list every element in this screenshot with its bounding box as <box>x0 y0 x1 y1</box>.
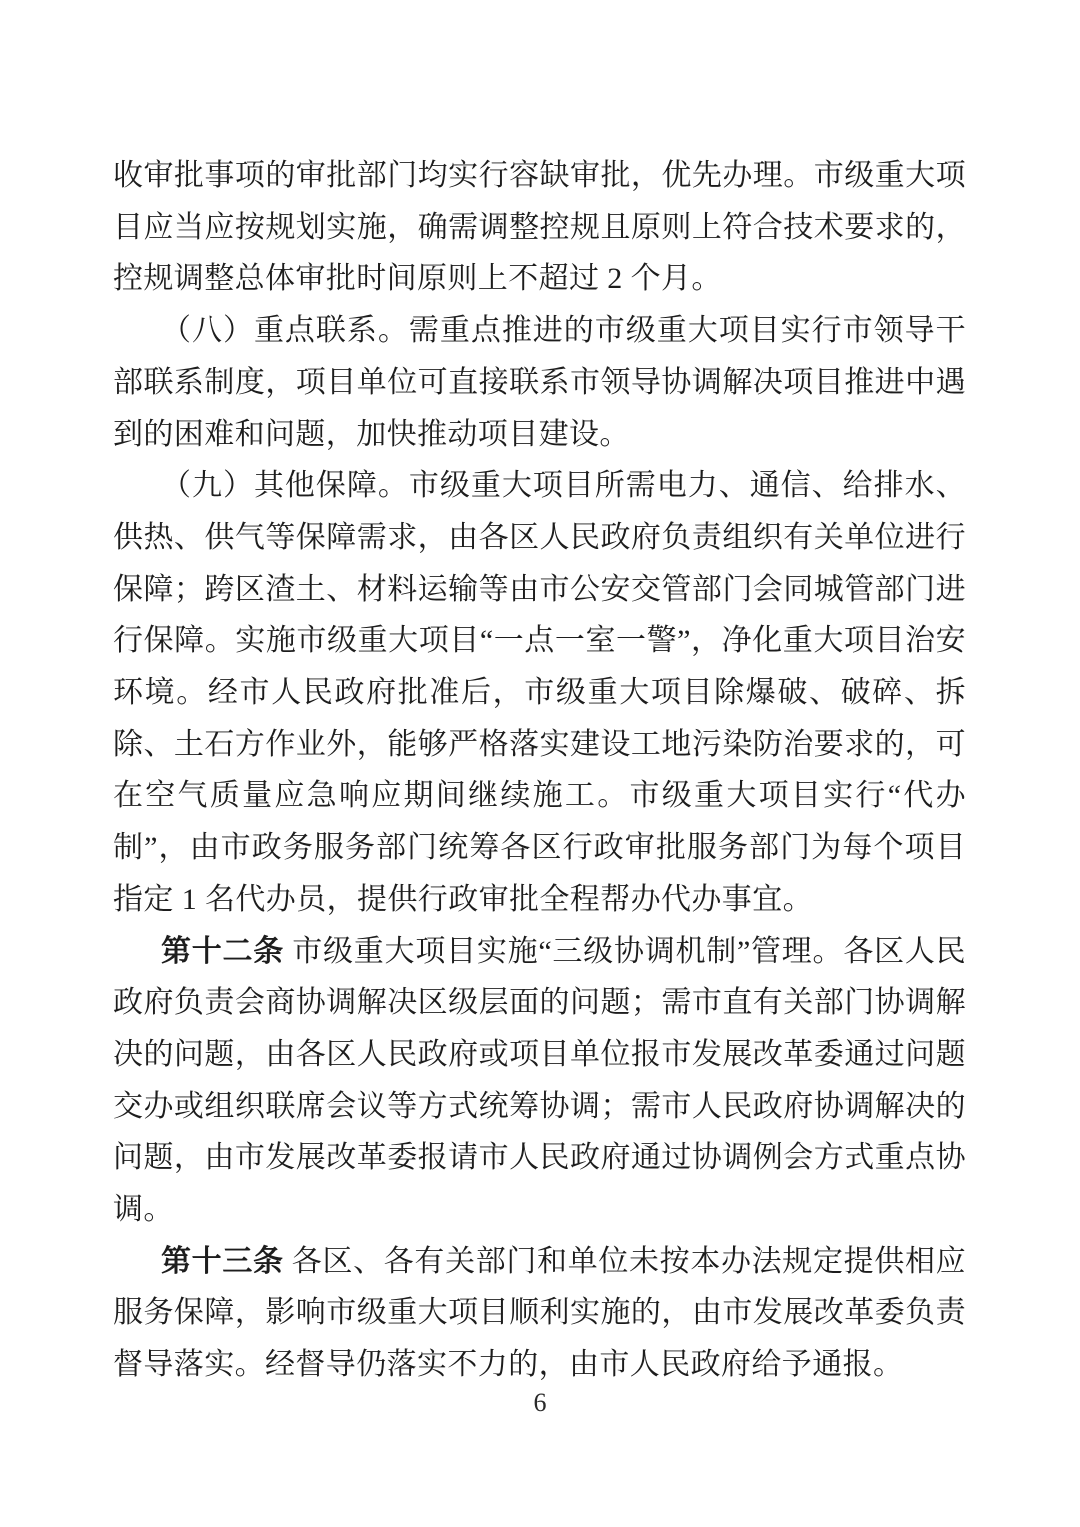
document-page: 收审批事项的审批部门均实行容缺审批，优先办理。市级重大项目应当应按规划实施，确需… <box>0 0 1080 1527</box>
paragraph-text: （九）其他保障。市级重大项目所需电力、通信、给排水、供热、供气等保障需求，由各区… <box>113 469 966 916</box>
paragraph-item-8: （八）重点联系。需重点推进的市级重大项目实行市领导干部联系制度，项目单位可直接联… <box>113 305 966 460</box>
paragraph-continuation: 收审批事项的审批部门均实行容缺审批，优先办理。市级重大项目应当应按规划实施，确需… <box>113 150 966 305</box>
article-number-13: 第十三条 <box>161 1245 284 1278</box>
document-body: 收审批事项的审批部门均实行容缺审批，优先办理。市级重大项目应当应按规划实施，确需… <box>113 150 966 1391</box>
page-number: 6 <box>0 1388 1080 1418</box>
paragraph-article-13: 第十三条 各区、各有关部门和单位未按本办法规定提供相应服务保障，影响市级重大项目… <box>113 1236 966 1391</box>
paragraph-text: 收审批事项的审批部门均实行容缺审批，优先办理。市级重大项目应当应按规划实施，确需… <box>113 159 966 295</box>
paragraph-article-12: 第十二条 市级重大项目实施“三级协调机制”管理。各区人民政府负责会商协调解决区级… <box>113 926 966 1236</box>
paragraph-item-9: （九）其他保障。市级重大项目所需电力、通信、给排水、供热、供气等保障需求，由各区… <box>113 460 966 925</box>
article-number-12: 第十二条 <box>161 935 284 968</box>
paragraph-text: 市级重大项目实施“三级协调机制”管理。各区人民政府负责会商协调解决区级层面的问题… <box>113 935 966 1227</box>
paragraph-text: （八）重点联系。需重点推进的市级重大项目实行市领导干部联系制度，项目单位可直接联… <box>113 314 966 450</box>
